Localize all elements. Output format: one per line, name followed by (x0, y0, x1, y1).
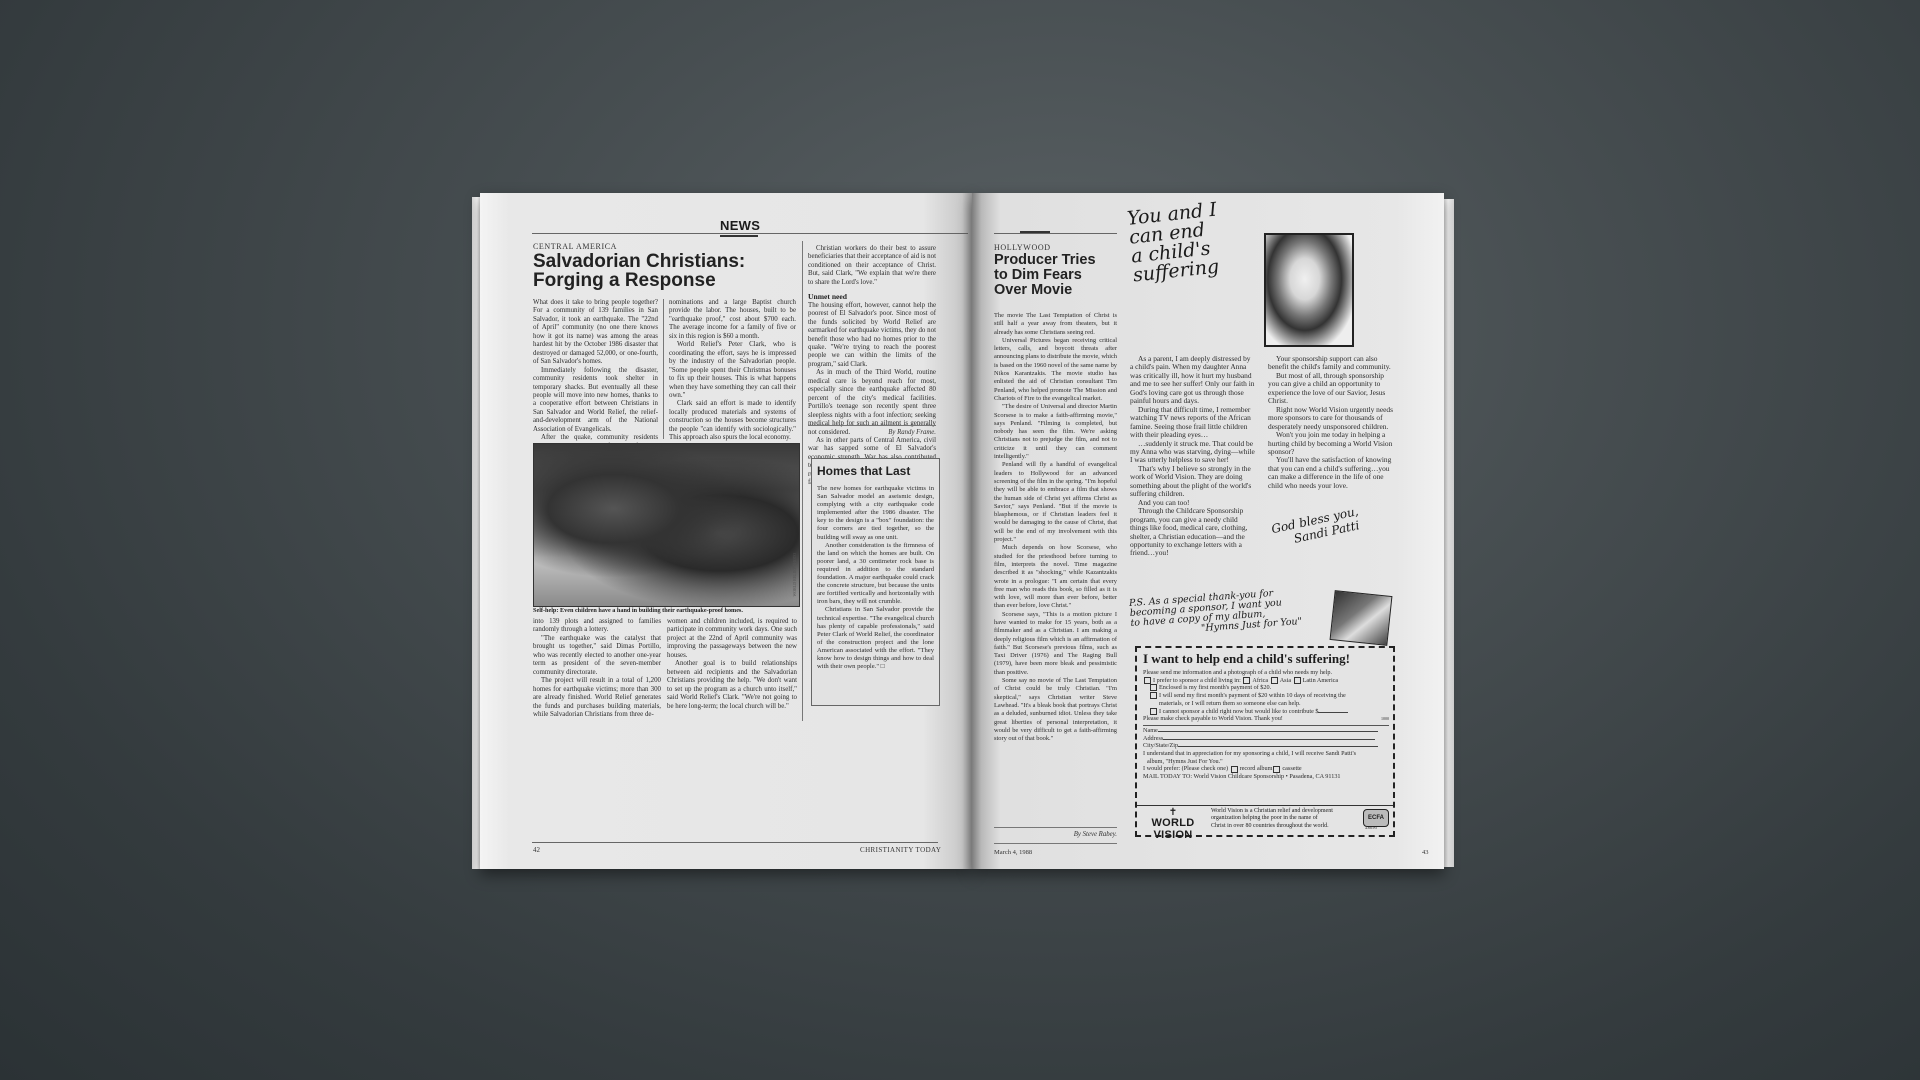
paragraph: As a parent, I am deeply distressed by a… (1130, 355, 1255, 406)
mail-to-address: MAIL TODAY TO: World Vision Childcare Sp… (1143, 773, 1389, 781)
paragraph: Right now World Vision urgently needs mo… (1268, 406, 1396, 431)
page-number: 43 (1422, 849, 1429, 856)
ad-handwritten-title: You and I can end a child's suffering (1126, 201, 1223, 286)
coupon-option-contribute: I cannot sponsor a child right now but w… (1143, 708, 1389, 716)
ps-handwritten-note: P.S. As a special thank-you for becoming… (1129, 587, 1303, 639)
city-state-zip-field[interactable] (1178, 746, 1378, 747)
option-label: Enclosed is my first month's payment of … (1159, 684, 1271, 691)
coupon-divider (1137, 805, 1393, 806)
region-preference-checkbox[interactable] (1144, 677, 1151, 684)
kicker: HOLLYWOOD (994, 243, 1051, 252)
paragraph: women and children included, is required… (667, 618, 797, 660)
paragraph: The housing effort, however, cannot help… (808, 302, 936, 370)
africa-checkbox[interactable] (1243, 677, 1250, 684)
left-page: NEWS CENTRAL AMERICA Salvadorian Christi… (480, 193, 972, 869)
paragraph: Much depends on how Scorsese, who studie… (994, 544, 1117, 610)
coupon-option-later: I will send my first month's payment of … (1143, 692, 1389, 700)
paragraph: The project will result in a total of 1,… (533, 677, 661, 719)
paragraph: Penland will fly a handful of evangelica… (994, 461, 1117, 544)
article-column-3: Christian workers do their best to assur… (808, 245, 936, 488)
article-lower-column-1: into 139 plots and assigned to families … (533, 618, 661, 719)
paragraph: Christian workers do their best to assur… (808, 245, 936, 287)
right-page: HOLLYWOOD Producer Tries to Dim Fears Ov… (972, 193, 1444, 869)
paragraph: Your sponsorship support can also benefi… (1268, 355, 1396, 372)
sandi-patti-portrait (1264, 233, 1354, 347)
headline-line-2: Forging a Response (533, 271, 745, 290)
paragraph: Scorsese says, "This is a motion picture… (994, 611, 1117, 677)
coupon-options: Please send me information and a photogr… (1143, 669, 1389, 781)
section-head-news: NEWS (720, 218, 760, 233)
seal-code: A38CF2 (1365, 826, 1377, 830)
sidebar-title: Homes that Last (817, 465, 910, 477)
world-vision-wordmark: WORLD VISION (1143, 817, 1203, 841)
page-number: 42 (533, 846, 540, 854)
subhead: Unmet need (808, 293, 936, 301)
album-photo (1330, 590, 1393, 646)
coupon-title: I want to help end a child's suffering! (1143, 651, 1350, 667)
paragraph: That's why I believe so strongly in the … (1130, 465, 1255, 499)
paragraph: During that difficult time, I remember w… (1130, 406, 1255, 440)
asia-checkbox[interactable] (1271, 677, 1278, 684)
latin-america-checkbox[interactable] (1294, 677, 1301, 684)
paragraph: Some say no movie of The Last Temptation… (994, 677, 1117, 743)
sponsorship-coupon: I want to help end a child's suffering! … (1135, 646, 1395, 837)
cross-icon: ✝ (1143, 808, 1203, 817)
column-rule (802, 241, 803, 721)
paragraph: nominations and a large Baptist church p… (669, 299, 796, 341)
paragraph: …suddenly it struck me. That could be my… (1130, 440, 1255, 465)
footer-rule (994, 843, 1117, 844)
format-preference-row: I would prefer: (Please check one) recor… (1143, 765, 1389, 773)
album-note: I understand that in appreciation for my… (1143, 750, 1389, 758)
cassette-checkbox[interactable] (1273, 766, 1280, 773)
city-field-row: City/State/Zip (1143, 742, 1389, 750)
photo-caption: Self-help: Even children have a hand in … (533, 607, 743, 614)
photo-children-building (533, 443, 800, 607)
address-label: Address (1143, 735, 1163, 742)
section-underline (720, 235, 758, 237)
region-label: I prefer to sponsor a child living in: (1153, 677, 1241, 684)
paragraph: What does it take to bring people togeth… (533, 299, 658, 367)
world-vision-logo: ✝ WORLD VISION (1143, 808, 1203, 841)
ecfa-seal: ECFA (1363, 809, 1389, 827)
paragraph: Another goal is to build relationships b… (667, 660, 797, 711)
column-rule (663, 299, 664, 439)
byline: By Steve Rabey. (994, 831, 1117, 838)
address-field[interactable] (1163, 739, 1375, 740)
article-lower-column-2: women and children included, is required… (667, 618, 797, 711)
coupon-intro: Please send me information and a photogr… (1143, 669, 1389, 677)
header-rule (532, 233, 968, 234)
prefer-label: I would prefer: (Please check one) (1143, 765, 1228, 772)
address-field-row: Address (1143, 735, 1389, 743)
format-cassette: cassette (1282, 765, 1301, 772)
album-note: album, "Hymns Just For You." (1143, 758, 1389, 766)
headline-line-1: Salvadorian Christians: (533, 252, 745, 271)
paragraph: Universal Pictures began receiving criti… (994, 337, 1117, 403)
contribution-amount-field[interactable] (1318, 712, 1348, 713)
paragraph: World Relief's Peter Clark, who is coord… (669, 341, 796, 400)
ad-letter-column-2: Your sponsorship support can also benefi… (1268, 355, 1396, 490)
magazine-spread: NEWS CENTRAL AMERICA Salvadorian Christi… (480, 193, 1444, 869)
region-asia: Asia (1280, 677, 1291, 684)
issue-date: March 4, 1988 (994, 849, 1032, 856)
sidebar-homes-that-last: Homes that Last The new homes for earthq… (811, 458, 940, 706)
paragraph: But most of all, through sponsorship you… (1268, 372, 1396, 406)
contribute-checkbox[interactable] (1150, 708, 1157, 715)
paragraph: You'll have the satisfaction of knowing … (1268, 456, 1396, 490)
paragraph: The movie The Last Temptation of Christ … (994, 312, 1117, 337)
photo-credit: WORLD RELIEF PHOTO (792, 553, 797, 596)
paragraph: As in much of the Third World, routine m… (808, 369, 936, 437)
headline-line: to Dim Fears (994, 268, 1096, 283)
format-record: record album (1240, 765, 1273, 772)
city-label: City/State/Zip (1143, 742, 1178, 749)
sidebar-body: The new homes for earthquake victims in … (817, 485, 934, 671)
paragraph: Another consideration is the firmness of… (817, 542, 934, 607)
name-field[interactable] (1158, 731, 1378, 732)
coupon-check-note-row: Please make check payable to World Visio… (1143, 715, 1389, 723)
coupon-option-enclosed: Enclosed is my first month's payment of … (1143, 684, 1389, 692)
byline-rule (994, 827, 1117, 828)
world-vision-about: World Vision is a Christian relief and d… (1211, 808, 1359, 830)
about-line: Christ in over 80 countries throughout t… (1211, 823, 1359, 830)
option-label-continued: materials, or I will return them so some… (1143, 700, 1389, 708)
paragraph: The new homes for earthquake victims in … (817, 485, 934, 542)
record-album-checkbox[interactable] (1231, 766, 1238, 773)
byline: By Randy Frame. (808, 429, 936, 436)
paragraph: Immediately following the disaster, comm… (533, 367, 658, 435)
byline-rule (808, 425, 936, 426)
option-label: I will send my first month's payment of … (1159, 692, 1346, 699)
footer-rule (532, 842, 938, 843)
signature: God bless you, Sandi Patti (1270, 504, 1362, 550)
kicker: CENTRAL AMERICA (533, 242, 617, 251)
headline: Producer Tries to Dim Fears Over Movie (994, 253, 1096, 297)
magazine-title: CHRISTIANITY TODAY (860, 846, 941, 854)
about-line: organization helping the poor in the nam… (1211, 815, 1359, 822)
headline-line: Over Movie (994, 283, 1096, 298)
region-latin-america: Latin America (1303, 677, 1339, 684)
paragraph: Won't you join me today in helping a hur… (1268, 431, 1396, 456)
paragraph: Christians in San Salvador provide the t… (817, 606, 934, 671)
section-underline (1020, 231, 1050, 233)
paragraph: Through the Childcare Sponsorship progra… (1130, 507, 1255, 558)
name-label: Name (1143, 727, 1158, 734)
enclosed-payment-checkbox[interactable] (1150, 684, 1157, 691)
movie-article-body: The movie The Last Temptation of Christ … (994, 312, 1117, 743)
paragraph: "The earthquake was the catalyst that br… (533, 635, 661, 677)
region-africa: Africa (1252, 677, 1268, 684)
coupon-region-row: I prefer to sponsor a child living in: A… (1143, 677, 1389, 685)
check-note: Please make check payable to World Visio… (1143, 715, 1283, 723)
coupon-code: 1000 (1381, 715, 1389, 723)
headline-line: Producer Tries (994, 253, 1096, 268)
name-field-row: Name (1143, 725, 1389, 735)
ad-letter-column-1: As a parent, I am deeply distressed by a… (1130, 355, 1255, 558)
paragraph: "The desire of Universal and director Ma… (994, 403, 1117, 461)
headline: Salvadorian Christians: Forging a Respon… (533, 252, 745, 291)
send-later-checkbox[interactable] (1150, 692, 1157, 699)
paragraph: Clark said an effort is made to identify… (669, 400, 796, 442)
option-label: I cannot sponsor a child right now but w… (1159, 708, 1318, 715)
header-rule (994, 233, 1117, 234)
paragraph: into 139 plots and assigned to families … (533, 618, 661, 635)
